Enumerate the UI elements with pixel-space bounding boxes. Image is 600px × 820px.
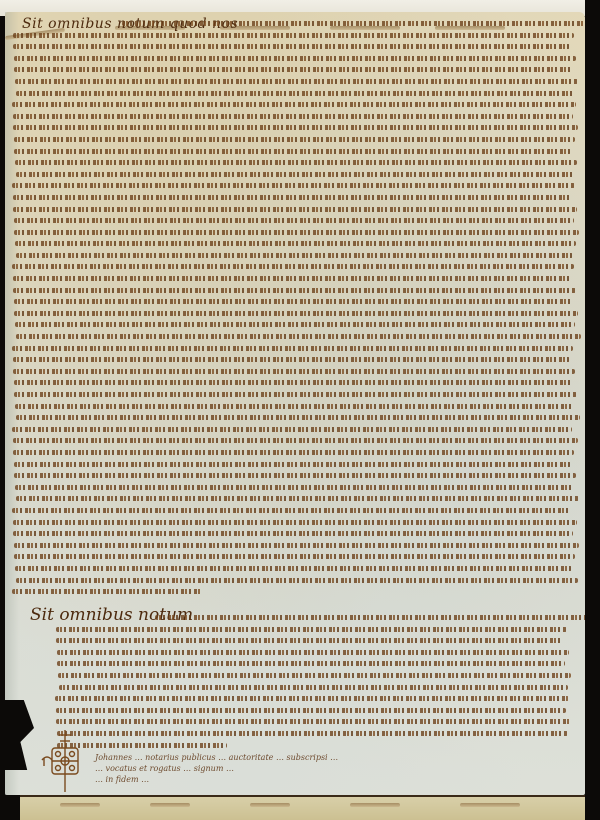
manuscript-line	[12, 389, 582, 401]
manuscript-line	[55, 740, 575, 752]
fold-mark	[350, 803, 400, 807]
manuscript-line	[12, 331, 582, 343]
manuscript-line	[12, 493, 582, 505]
manuscript-line	[12, 261, 582, 273]
manuscript-line	[55, 693, 575, 705]
subscription-line: … vocatus et rogatus … signum …	[95, 763, 515, 774]
manuscript-line	[12, 308, 582, 320]
manuscript-line	[12, 412, 582, 424]
manuscript-line	[12, 470, 582, 482]
manuscript-line	[12, 319, 582, 331]
manuscript-line	[12, 343, 582, 355]
manuscript-line	[12, 53, 582, 65]
manuscript-line	[55, 716, 575, 728]
subscription-line: … in fidem …	[95, 774, 515, 785]
manuscript-line	[12, 435, 582, 447]
notary-subscription: Johannes … notarius publicus … auctorita…	[95, 752, 515, 785]
second-text-block	[55, 612, 575, 751]
manuscript-line	[55, 612, 575, 624]
manuscript-line	[55, 624, 575, 636]
manuscript-line	[12, 296, 582, 308]
manuscript-line	[12, 505, 582, 517]
manuscript-line	[12, 238, 582, 250]
manuscript-line	[12, 146, 582, 158]
manuscript-line	[55, 670, 575, 682]
manuscript-line	[12, 273, 582, 285]
manuscript-line	[12, 64, 582, 76]
manuscript-line	[55, 647, 575, 659]
main-text-block	[12, 18, 582, 598]
adjacent-parchment-sheet	[20, 795, 585, 820]
manuscript-line	[12, 30, 582, 42]
manuscript-line	[12, 18, 582, 30]
manuscript-line	[12, 354, 582, 366]
manuscript-line	[12, 447, 582, 459]
manuscript-line	[12, 111, 582, 123]
manuscript-line	[12, 285, 582, 297]
manuscript-line	[12, 157, 582, 169]
manuscript-line	[12, 563, 582, 575]
fold-mark	[460, 803, 520, 807]
manuscript-line	[12, 88, 582, 100]
fold-mark	[60, 803, 100, 807]
manuscript-line	[12, 99, 582, 111]
manuscript-line	[12, 215, 582, 227]
manuscript-line	[12, 540, 582, 552]
manuscript-line	[12, 76, 582, 88]
manuscript-line	[12, 227, 582, 239]
manuscript-line	[12, 169, 582, 181]
manuscript-line	[12, 41, 582, 53]
manuscript-line	[12, 122, 582, 134]
fold-mark	[150, 803, 190, 807]
manuscript-line	[12, 134, 582, 146]
manuscript-line	[12, 575, 582, 587]
manuscript-line	[12, 192, 582, 204]
manuscript-line	[12, 482, 582, 494]
scan-right-margin	[585, 0, 600, 820]
fold-mark	[250, 803, 290, 807]
manuscript-line	[55, 635, 575, 647]
manuscript-line	[12, 586, 582, 598]
manuscript-line	[12, 528, 582, 540]
manuscript-line	[12, 459, 582, 471]
manuscript-line	[12, 204, 582, 216]
manuscript-line	[12, 424, 582, 436]
manuscript-line	[12, 401, 582, 413]
notary-signum-icon	[40, 730, 90, 795]
manuscript-line	[12, 366, 582, 378]
manuscript-line	[12, 180, 582, 192]
manuscript-line	[55, 658, 575, 670]
manuscript-line	[55, 705, 575, 717]
subscription-line: Johannes … notarius publicus … auctorita…	[95, 752, 515, 763]
manuscript-line	[12, 250, 582, 262]
manuscript-line	[12, 517, 582, 529]
manuscript-line	[12, 377, 582, 389]
manuscript-line	[55, 682, 575, 694]
manuscript-line	[55, 728, 575, 740]
manuscript-line	[12, 551, 582, 563]
